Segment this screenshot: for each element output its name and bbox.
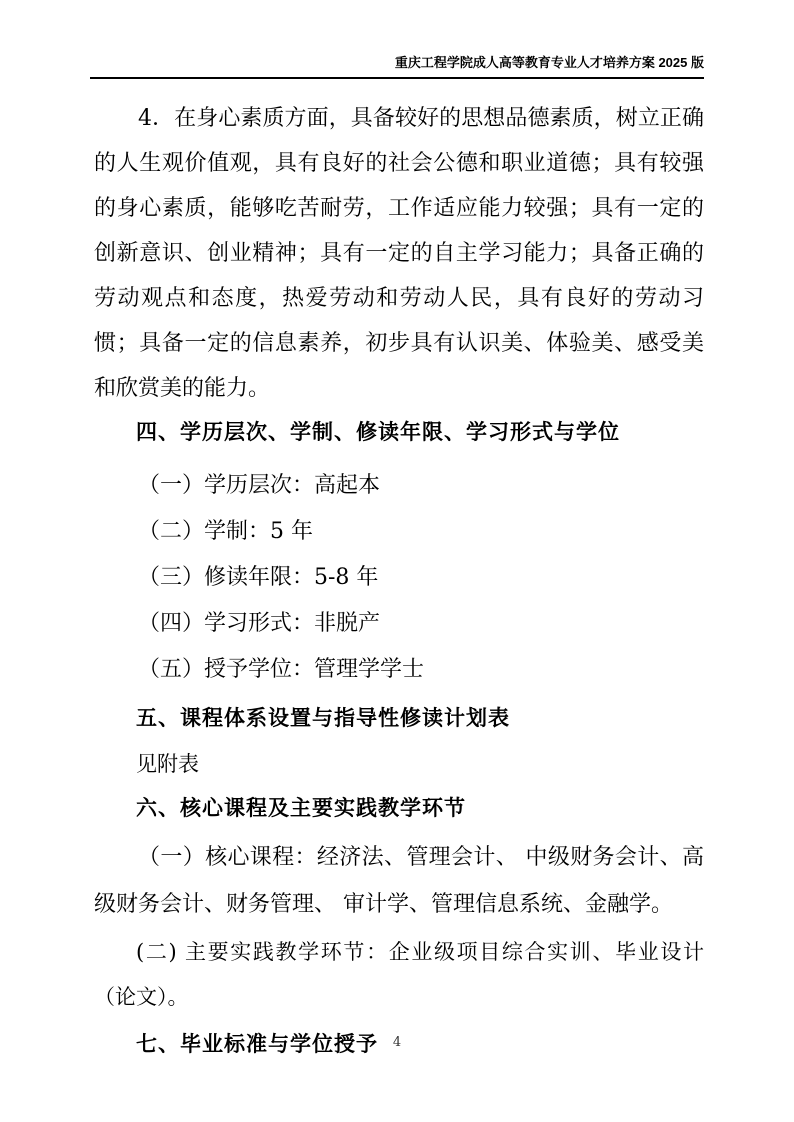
list-item-study-years: （三）修读年限：5-8 年	[94, 555, 704, 601]
document-page: 重庆工程学院成人高等教育专业人才培养方案 2025 版 4．在身心素质方面，具备…	[0, 0, 794, 1122]
section-heading-degree-levels: 四、学历层次、学制、修读年限、学习形式与学位	[94, 411, 704, 455]
paragraph-practice-teaching: (二) 主要实践教学环节：企业级项目综合实训、毕业设计（论文）。	[94, 930, 704, 1020]
paragraph-mind-body-quality: 4．在身心素质方面，具备较好的思想品德素质，树立正确的人生观价值观，具有良好的社…	[94, 96, 704, 411]
page-header: 重庆工程学院成人高等教育专业人才培养方案 2025 版	[90, 54, 704, 79]
section-heading-curriculum-plan: 五、课程体系设置与指导性修读计划表	[94, 697, 704, 741]
list-item-degree-awarded: （五）授予学位：管理学学士	[94, 647, 704, 693]
list-item-education-level: （一）学历层次：高起本	[94, 463, 704, 509]
see-attached-table-note: 见附表	[94, 741, 704, 787]
section-4-items: （一）学历层次：高起本 （二）学制：5 年 （三）修读年限：5-8 年 （四）学…	[94, 463, 704, 693]
paragraph-core-courses: （一）核心课程：经济法、管理会计、 中级财务会计、高级财务会计、财务管理、 审计…	[94, 834, 704, 928]
header-title: 重庆工程学院成人高等教育专业人才培养方案 2025 版	[395, 55, 704, 70]
document-content: 4．在身心素质方面，具备较好的思想品德素质，树立正确的人生观价值观，具有良好的社…	[94, 96, 704, 1067]
page-number: 4	[393, 1035, 401, 1050]
list-item-study-form: （四）学习形式：非脱产	[94, 601, 704, 647]
list-item-schooling-length: （二）学制：5 年	[94, 509, 704, 555]
page-footer: 4	[0, 1035, 794, 1050]
section-heading-core-courses: 六、核心课程及主要实践教学环节	[94, 787, 704, 831]
